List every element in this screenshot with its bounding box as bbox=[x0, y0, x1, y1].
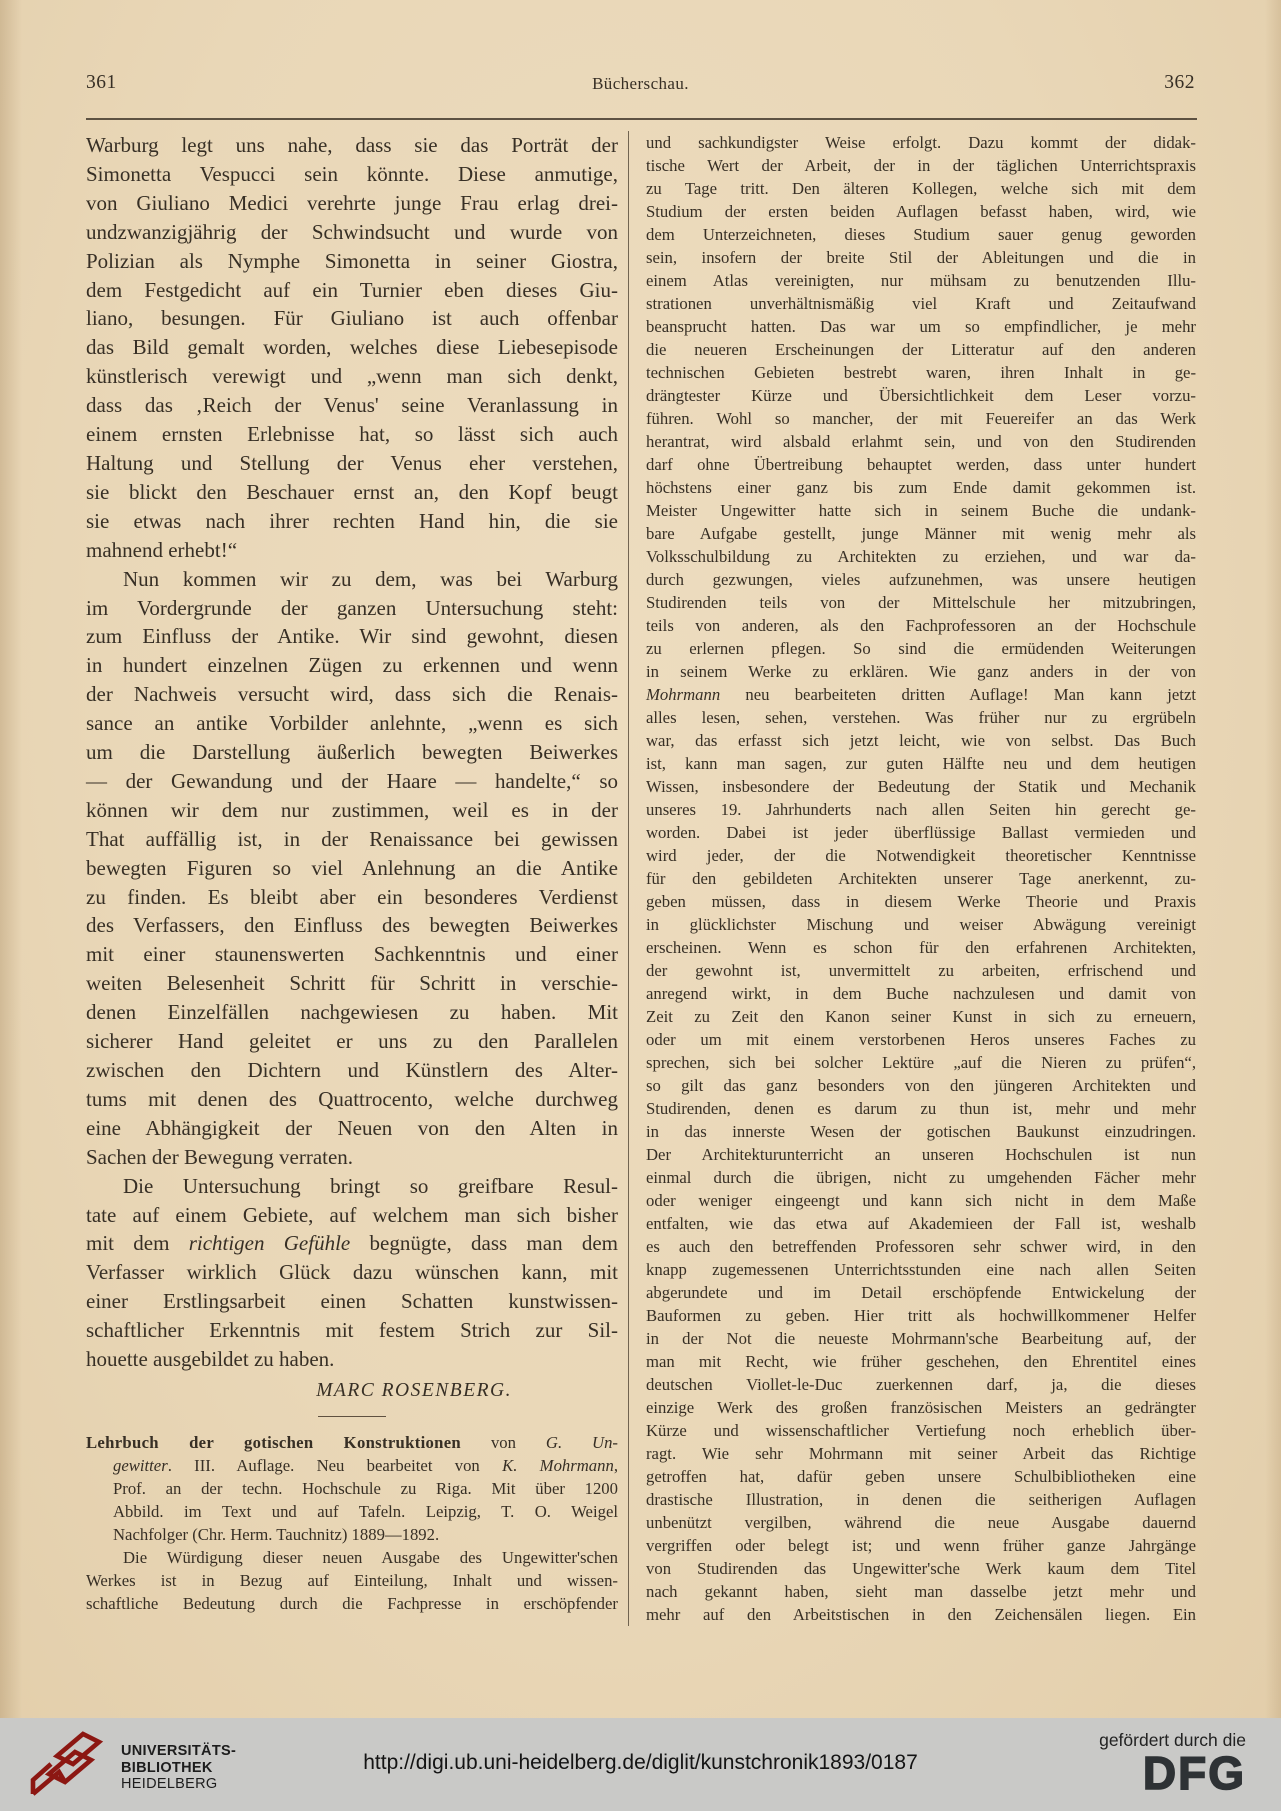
text-line: Haltung und Stellung der Venus eher vers… bbox=[86, 449, 618, 478]
paragraph: Die Würdigung dieser neuen Ausgabe des U… bbox=[86, 1546, 618, 1615]
text-line: in hundert einzelnen Zügen zu erkennen u… bbox=[86, 651, 618, 680]
text-line: einzige Werk des großen französischen Me… bbox=[646, 1396, 1196, 1419]
text-line: Die Untersuchung bringt so greifbare Res… bbox=[86, 1172, 618, 1201]
text-line: entfalten, wie das etwa auf Akademieen d… bbox=[646, 1212, 1196, 1235]
ub-heidelberg-label: UNIVERSITÄTS- BIBLIOTHEK HEIDELBERG bbox=[121, 1743, 236, 1793]
page-number-left: 361 bbox=[86, 72, 117, 94]
text-line: der Nachweis versucht wird, dass sich di… bbox=[86, 680, 618, 709]
plain-text: begnügte, dass man dem bbox=[350, 1231, 618, 1255]
text-columns: Warburg legt uns nahe, dass sie das Port… bbox=[86, 131, 1196, 1626]
text-line: zwischen den Dichtern und Künstlern des … bbox=[86, 1056, 618, 1085]
text-line: oder um mit einem verstorbenen Heros uns… bbox=[646, 1028, 1196, 1051]
italic-text: richtigen Gefühle bbox=[189, 1231, 351, 1255]
scanned-page: 361 Bücherschau. 362 Warburg legt uns na… bbox=[0, 0, 1281, 1811]
text-line: durch gezwungen, vieles aufzunehmen, was… bbox=[646, 568, 1196, 591]
text-line: in das innerste Wesen der gotischen Bauk… bbox=[646, 1120, 1196, 1143]
text-line: geben müssen, dass in diesem Werke Theor… bbox=[646, 890, 1196, 913]
text-line: das Bild gemalt worden, welches diese Li… bbox=[86, 333, 618, 362]
plain-text: von bbox=[461, 1433, 546, 1452]
page-header: 361 Bücherschau. 362 bbox=[86, 72, 1195, 98]
text-line: einem ernsten Erlebnisse hat, so lässt s… bbox=[86, 420, 618, 449]
text-line: zum Einfluss der Antike. Wir sind gewohn… bbox=[86, 622, 618, 651]
text-line: Wissen, insbesondere der Bedeutung der S… bbox=[646, 775, 1196, 798]
text-line: tische Wert der Arbeit, der in der tägli… bbox=[646, 154, 1196, 177]
paragraph: Die Untersuchung bringt so greifbare Res… bbox=[86, 1172, 618, 1374]
text-line: vergriffen oder belegt ist; und wenn frü… bbox=[646, 1534, 1196, 1557]
text-line: Prof. an der techn. Hochschule zu Riga. … bbox=[86, 1477, 618, 1500]
text-line: drängtester Kürze und Übersichtlichkeit … bbox=[646, 384, 1196, 407]
plain-text: . III. Auflage. Neu bearbeitet von bbox=[168, 1456, 502, 1475]
text-line: Der Architekturunterricht an unseren Hoc… bbox=[646, 1143, 1196, 1166]
text-line: zu erlernen pflegen. So sind die ermüden… bbox=[646, 637, 1196, 660]
text-line: und sachkundigster Weise erfolgt. Dazu k… bbox=[646, 131, 1196, 154]
text-line: getroffen hat, dafür geben unsere Schulb… bbox=[646, 1465, 1196, 1488]
text-line: Meister Ungewitter hatte sich in seinem … bbox=[646, 499, 1196, 522]
paragraph: Nun kommen wir zu dem, was bei Warburgim… bbox=[86, 565, 618, 1172]
text-line: worden. Dabei ist jeder überflüssige Bal… bbox=[646, 821, 1196, 844]
text-line: führen. Wohl so mancher, der mit Feuerei… bbox=[646, 407, 1196, 430]
italic-text: K. Mohrmann bbox=[502, 1456, 614, 1475]
text-line: houette ausgebildet zu haben. bbox=[86, 1345, 618, 1374]
text-line: abgerundete und im Detail erschöpfende E… bbox=[646, 1281, 1196, 1304]
text-line: mit einer staunenswerten Sachkenntnis un… bbox=[86, 940, 618, 969]
plain-text: neu bearbeiteten dritten Auflage! Man ka… bbox=[720, 685, 1196, 704]
text-line: liano, besungen. Für Giuliano ist auch o… bbox=[86, 304, 618, 333]
text-line: von Giuliano Medici verehrte junge Frau … bbox=[86, 189, 618, 218]
ub-label-line3: HEIDELBERG bbox=[121, 1776, 236, 1793]
text-line: für den gebildeten Architekten unserer T… bbox=[646, 867, 1196, 890]
text-line: nach gekannt haben, sieht man dasselbe j… bbox=[646, 1580, 1196, 1603]
text-line: einem Atlas vereinigten, nur mühsam zu b… bbox=[646, 269, 1196, 292]
text-line: Kürze und wissenschaftlicher Vertiefung … bbox=[646, 1419, 1196, 1442]
right-column: und sachkundigster Weise erfolgt. Dazu k… bbox=[628, 131, 1196, 1626]
text-line: sein, insofern der breite Stil der Ablei… bbox=[646, 246, 1196, 269]
page-number-right: 362 bbox=[1164, 72, 1195, 94]
text-line: ragt. Wie sehr Mohrmann mit seiner Arbei… bbox=[646, 1442, 1196, 1465]
digitization-url: http://digi.ub.uni-heidelberg.de/diglit/… bbox=[363, 1751, 918, 1775]
text-line: knapp zugemessenen Unterrichtsstunden ei… bbox=[646, 1258, 1196, 1281]
text-line: sance an antike Vorbilder anlehnte, „wen… bbox=[86, 709, 618, 738]
text-line: war, das erfasst sich jetzt leicht, wie … bbox=[646, 729, 1196, 752]
funding-block: gefördert durch die DFG bbox=[1099, 1730, 1246, 1794]
text-line: Die Würdigung dieser neuen Ausgabe des U… bbox=[86, 1546, 618, 1569]
text-line: können wir dem nur zustimmen, weil es in… bbox=[86, 796, 618, 825]
text-line: Mohrmann neu bearbeiteten dritten Auflag… bbox=[646, 683, 1196, 706]
text-line: einmal durch die übrigen, nicht zu umgeh… bbox=[646, 1166, 1196, 1189]
text-line: Zeit zu Zeit den Kanon seiner Kunst in s… bbox=[646, 1005, 1196, 1028]
text-line: anregend wirkt, in dem Buche nachzulesen… bbox=[646, 982, 1196, 1005]
ub-label-line2: BIBLIOTHEK bbox=[121, 1760, 236, 1777]
text-line: Werkes ist in Bezug auf Einteilung, Inha… bbox=[86, 1569, 618, 1592]
text-line: Nun kommen wir zu dem, was bei Warburg bbox=[86, 565, 618, 594]
text-line: der gewohnt ist, unvermittelt zu arbeite… bbox=[646, 959, 1196, 982]
text-line: unseres 19. Jahrhunderts nach allen Seit… bbox=[646, 798, 1196, 821]
text-line: tums mit denen des Quattrocento, welche … bbox=[86, 1085, 618, 1114]
text-line: darf ohne Übertreibung behauptet werden,… bbox=[646, 453, 1196, 476]
ub-label-line1: UNIVERSITÄTS- bbox=[121, 1743, 236, 1760]
text-line: technischen Gebieten bestrebt waren, ihr… bbox=[646, 361, 1196, 384]
text-line: sie blickt den Beschauer ernst an, den K… bbox=[86, 478, 618, 507]
text-line: sprechen, sich bei solcher Lektüre „auf … bbox=[646, 1051, 1196, 1074]
text-line: mahnend erhebt!“ bbox=[86, 536, 618, 565]
text-line: von Studirenden das Ungewitter'sche Werk… bbox=[646, 1557, 1196, 1580]
text-line: Bauformen zu geben. Hier tritt als hochw… bbox=[646, 1304, 1196, 1327]
text-line: Sachen der Bewegung verraten. bbox=[86, 1143, 618, 1172]
text-line: in glücklichster Mischung und weiser Abw… bbox=[646, 913, 1196, 936]
text-line: Nachfolger (Chr. Herm. Tauchnitz) 1889—1… bbox=[86, 1523, 618, 1546]
text-line: unbenützt vergilben, während die neue Au… bbox=[646, 1511, 1196, 1534]
text-line: dem Festgedicht auf ein Turnier eben die… bbox=[86, 276, 618, 305]
text-line: Simonetta Vespucci sein könnte. Diese an… bbox=[86, 160, 618, 189]
text-line: weiten Belesenheit Schritt für Schritt i… bbox=[86, 969, 618, 998]
italic-text: G. Un- bbox=[546, 1433, 618, 1452]
running-title: Bücherschau. bbox=[592, 74, 689, 94]
text-line: — der Gewandung und der Haare — handelte… bbox=[86, 767, 618, 796]
text-line: That auffällig ist, in der Renaissance b… bbox=[86, 825, 618, 854]
text-line: bare Aufgabe gestellt, junge Männer mit … bbox=[646, 522, 1196, 545]
bibliographic-entry: Lehrbuch der gotischen Konstruktionen vo… bbox=[86, 1431, 618, 1546]
text-line: oder weniger eingeengt und kann sich nic… bbox=[646, 1189, 1196, 1212]
left-column: Warburg legt uns nahe, dass sie das Port… bbox=[86, 131, 618, 1626]
text-line: zu finden. Es bleibt aber ein besonderes… bbox=[86, 883, 618, 912]
text-line: strationen unverhältnismäßig viel Kraft … bbox=[646, 292, 1196, 315]
text-line: im Vordergrunde der ganzen Untersuchung … bbox=[86, 594, 618, 623]
text-line: es auch den betreffenden Professoren seh… bbox=[646, 1235, 1196, 1258]
text-line: des Verfassers, den Einfluss des bewegte… bbox=[86, 911, 618, 940]
bold-heading-text: Lehrbuch der gotischen Konstruktionen bbox=[86, 1433, 461, 1452]
section-divider-rule bbox=[318, 1416, 386, 1417]
text-line: mehr auf den Arbeitstischen in den Zeich… bbox=[646, 1603, 1196, 1626]
text-line: Warburg legt uns nahe, dass sie das Port… bbox=[86, 131, 618, 160]
text-line: bewegten Figuren so viel Anlehnung an di… bbox=[86, 854, 618, 883]
paragraph: Warburg legt uns nahe, dass sie das Port… bbox=[86, 131, 618, 565]
plain-text: mit dem bbox=[86, 1231, 189, 1255]
text-line: sie etwas nach ihrer rechten Hand hin, d… bbox=[86, 507, 618, 536]
plain-text: , bbox=[614, 1456, 618, 1475]
text-line: erscheinen. Wenn es schon für den erfahr… bbox=[646, 936, 1196, 959]
text-line: schaftlicher Erkenntnis mit festem Stric… bbox=[86, 1316, 618, 1345]
text-line: die neueren Erscheinungen der Litteratur… bbox=[646, 338, 1196, 361]
text-line: Studium der ersten beiden Auflagen befas… bbox=[646, 200, 1196, 223]
text-line: denen Einzelfällen nachgewiesen zu haben… bbox=[86, 998, 618, 1027]
ub-heidelberg-logo bbox=[27, 1730, 107, 1798]
text-line: Lehrbuch der gotischen Konstruktionen vo… bbox=[86, 1431, 618, 1454]
text-line: schaftliche Bedeutung durch die Fachpres… bbox=[86, 1592, 618, 1615]
text-line: teils von anderen, als den Fachprofessor… bbox=[646, 614, 1196, 637]
header-rule bbox=[86, 118, 1197, 120]
text-line: in der Not die neueste Mohrmann'sche Bea… bbox=[646, 1327, 1196, 1350]
text-line: gewitter. III. Auflage. Neu bearbeitet v… bbox=[86, 1454, 618, 1477]
dfg-logo: DFG bbox=[1099, 1752, 1246, 1794]
text-line: eine Abhängigkeit der Neuen von den Alte… bbox=[86, 1114, 618, 1143]
text-line: so gilt das ganz besonders von den jünge… bbox=[646, 1074, 1196, 1097]
text-line: Studirenden teils von der Mittelschule h… bbox=[646, 591, 1196, 614]
italic-text: gewitter bbox=[113, 1456, 168, 1475]
text-line: man mit Recht, wie früher geschehen, den… bbox=[646, 1350, 1196, 1373]
reviewer-signature: MARC ROSENBERG. bbox=[86, 1380, 512, 1402]
text-line: Polizian als Nymphe Simonetta in seiner … bbox=[86, 247, 618, 276]
text-line: alles lesen, sehen, verstehen. Was frühe… bbox=[646, 706, 1196, 729]
text-line: zu Tage tritt. Den älteren Kollegen, wel… bbox=[646, 177, 1196, 200]
text-line: in seinem Werke zu erklären. Wie ganz an… bbox=[646, 660, 1196, 683]
text-line: Abbild. im Text und auf Tafeln. Leipzig,… bbox=[86, 1500, 618, 1523]
text-line: undzwanzigjährig der Schwindsucht und wu… bbox=[86, 218, 618, 247]
text-line: höchstens einer ganz bis zum Ende damit … bbox=[646, 476, 1196, 499]
text-line: einer Erstlingsarbeit einen Schatten kun… bbox=[86, 1287, 618, 1316]
viewer-footer-bar: UNIVERSITÄTS- BIBLIOTHEK HEIDELBERG http… bbox=[0, 1718, 1281, 1811]
text-line: ist, kann man sagen, zur guten Hälfte ne… bbox=[646, 752, 1196, 775]
text-line: dem Unterzeichneten, dieses Studium saue… bbox=[646, 223, 1196, 246]
text-line: beansprucht hatten. Das war um so empfin… bbox=[646, 315, 1196, 338]
text-line: Volksschulbildung zu Architekten zu erzi… bbox=[646, 545, 1196, 568]
text-line: herantrat, wird alsbald erlahmt sein, un… bbox=[646, 430, 1196, 453]
text-line: tate auf einem Gebiete, auf welchem man … bbox=[86, 1201, 618, 1230]
text-line: deutschen Viollet-le-Duc zuerkennen darf… bbox=[646, 1373, 1196, 1396]
text-line: Verfasser wirklich Glück dazu wünschen k… bbox=[86, 1258, 618, 1287]
paragraph: und sachkundigster Weise erfolgt. Dazu k… bbox=[646, 131, 1196, 1626]
text-line: künstlerisch verewigt und „wenn man sich… bbox=[86, 362, 618, 391]
text-line: mit dem richtigen Gefühle begnügte, dass… bbox=[86, 1229, 618, 1258]
text-line: Studirenden, denen es darum zu thun ist,… bbox=[646, 1097, 1196, 1120]
text-line: um die Darstellung äußerlich bewegten Be… bbox=[86, 738, 618, 767]
text-line: dass das ‚Reich der Venus' seine Veranla… bbox=[86, 391, 618, 420]
text-line: wird jeder, der die Notwendigkeit theore… bbox=[646, 844, 1196, 867]
text-line: sicherer Hand geleitet er uns zu den Par… bbox=[86, 1027, 618, 1056]
italic-text: Mohrmann bbox=[646, 685, 720, 704]
text-line: drastische Illustration, in denen die se… bbox=[646, 1488, 1196, 1511]
